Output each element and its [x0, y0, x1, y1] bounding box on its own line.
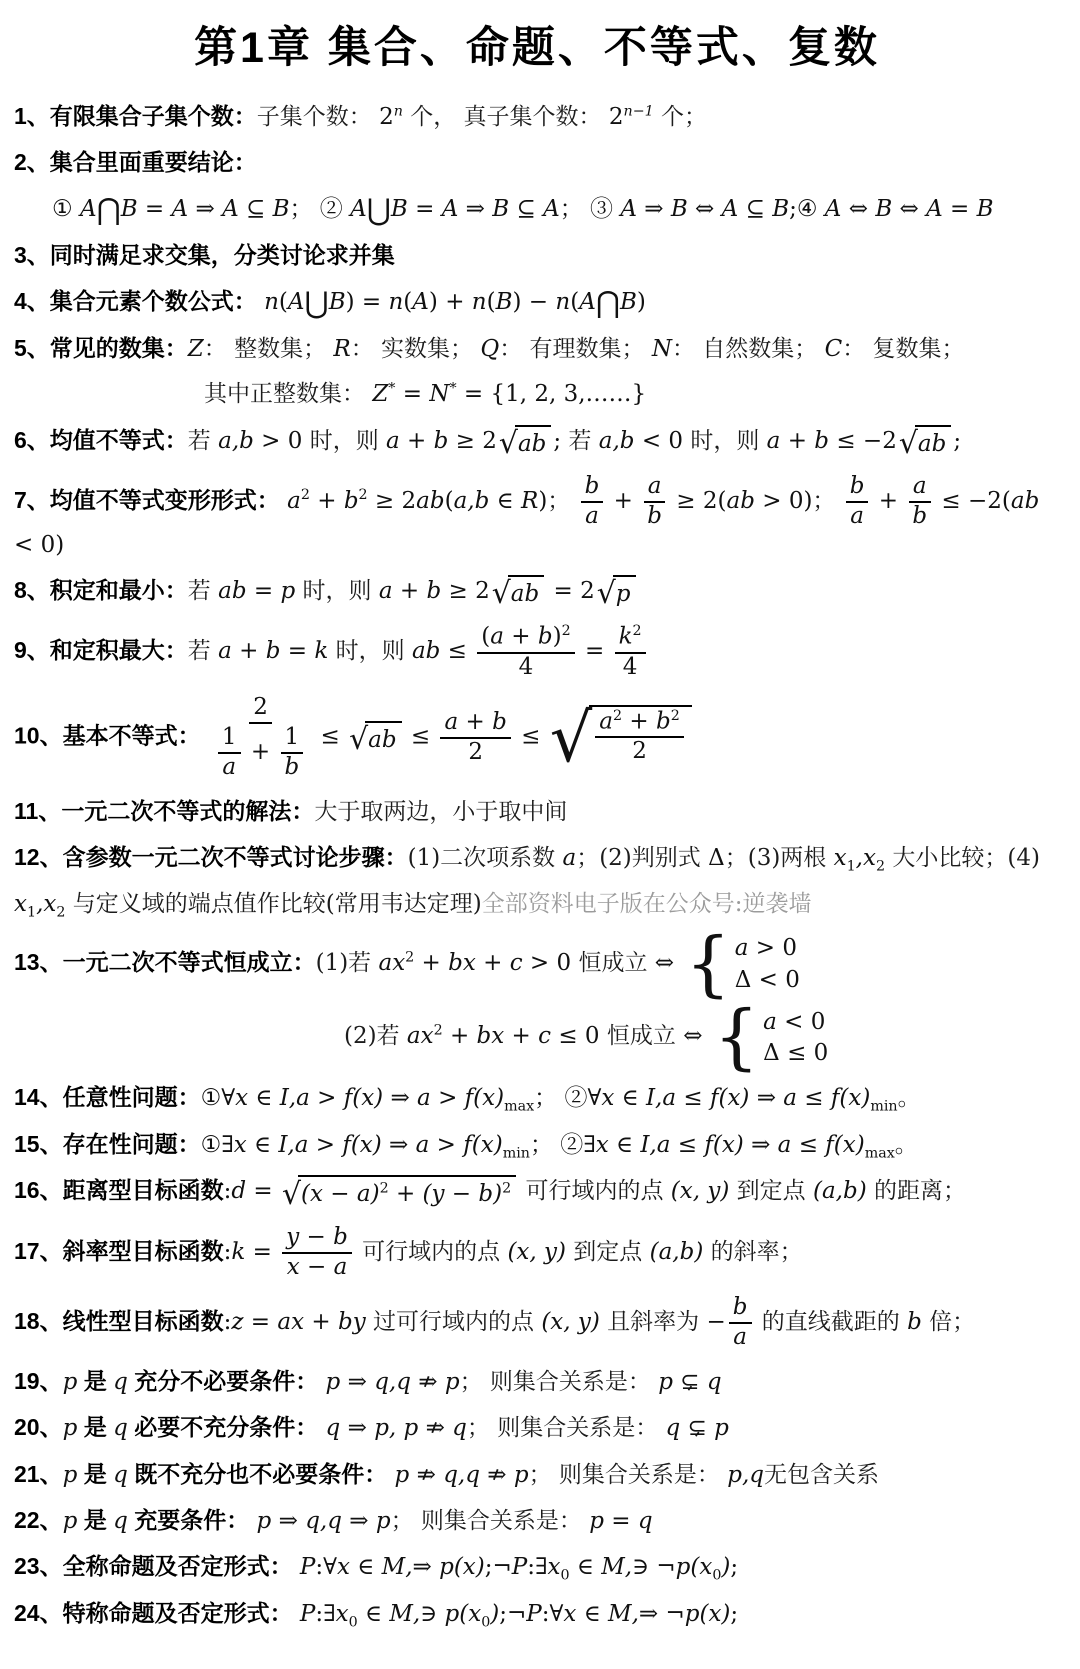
math-run: ) − [513, 289, 556, 315]
math-script: 2 [502, 1181, 511, 1197]
math-run: k [619, 624, 633, 650]
cases-row: Δ ≤ 0 [763, 1041, 828, 1065]
math-run: ) [490, 1601, 499, 1627]
math-run: a [218, 638, 232, 664]
math-script: 2 [876, 859, 885, 875]
math-run: ① [201, 1132, 222, 1158]
item-label: 必要不充分条件： [128, 1414, 318, 1440]
fraction-denominator: 4 [619, 654, 642, 681]
math-run: a [562, 845, 576, 871]
math-run: < 0) [14, 532, 64, 558]
formula-line-item-3: 3、同时满足求交集，分类讨论求并集 [14, 240, 1060, 271]
math-script: min [503, 1145, 530, 1161]
formula-line-item-4: 4、集合元素个数公式： n(A⋃B) = n(A) + n(B) − n(A⋂B… [14, 286, 1060, 318]
math-run: + [871, 488, 905, 514]
math-run: 1 [222, 724, 237, 750]
math-run: B [977, 196, 994, 222]
text-run: 若 [561, 428, 599, 454]
text-run: ； [812, 488, 842, 514]
fraction-numerator: 1 [281, 725, 304, 754]
math-run: ; [553, 428, 561, 454]
item-label: 13、一元二次不等式恒成立： [14, 949, 316, 975]
math-run: ;¬ [499, 1601, 526, 1627]
math-run: p(x [676, 1554, 713, 1580]
math-run: a [222, 754, 236, 780]
math-run: b [585, 473, 600, 499]
fraction-denominator: a [218, 754, 240, 781]
math-run: > 0 [748, 935, 797, 961]
text-run: ； 则集合关系是： [529, 1462, 728, 1488]
math-run: + [310, 488, 344, 514]
fraction-denominator: a [581, 503, 603, 530]
page-title: 第1章 集合、命题、不等式、复数 [14, 14, 1060, 75]
math-run: > 0 [254, 428, 310, 454]
fraction-denominator: 2 [628, 738, 651, 765]
math-run: ⇒ [340, 1415, 374, 1441]
math-run: = [245, 1239, 279, 1265]
text-run: 若 [188, 638, 218, 664]
math-run: a [763, 1009, 777, 1035]
math-run: B [329, 289, 346, 315]
text-run: 时，则 [310, 428, 386, 454]
math-run: ； ② [530, 1132, 583, 1158]
math-run: ⇏ [409, 1462, 443, 1488]
math-run: ( [570, 289, 579, 315]
formula-line-item-6: 6、均值不等式：若 a,b > 0 时，则 a + b ≥ 2√ab; 若 a,… [14, 425, 1060, 459]
item-label: 3、同时满足求交集，分类讨论求并集 [14, 242, 395, 268]
math-run: ⇒ [458, 196, 492, 222]
math-run: < 0 [777, 1009, 826, 1035]
text-run: 的直线截距的 [755, 1309, 908, 1335]
math-run: a [444, 709, 458, 735]
formula-line-item-15: 15、存在性问题：①∃x ∈ I,a > f(x) ⇒ a > f(x)min；… [14, 1129, 1060, 1161]
math-run: (x, y) [671, 1179, 730, 1205]
formula-line-item-23: 23、全称命题及否定形式： P:∀x ∈ M,⇒ p(x);¬P:∃x0 ∈ M… [14, 1551, 1060, 1583]
math-run: p [376, 1508, 391, 1534]
math-run: 4 [519, 654, 534, 680]
math-run: = [604, 1508, 638, 1534]
radicand: ab [515, 425, 551, 459]
item-label: 6、均值不等式： [14, 427, 188, 453]
math-run: = [578, 638, 612, 664]
math-run: p(x) [439, 1554, 485, 1580]
math-run: ⇒ [271, 1508, 305, 1534]
math-run: q,q [374, 1369, 411, 1395]
math-run: A [579, 289, 596, 315]
big-operator: ⋃ [367, 192, 391, 226]
fraction-numerator: b [729, 1295, 752, 1324]
math-run: q [318, 1415, 340, 1441]
math-run: B [492, 196, 509, 222]
item-label: 14、任意性问题： [14, 1084, 201, 1110]
item-label: 11、一元二次不等式的解法： [14, 798, 314, 824]
math-run: ⇏ [418, 1415, 452, 1441]
radical-sign-icon: √ [550, 705, 593, 772]
item-label: 19、 [14, 1368, 63, 1394]
math-run: ab [726, 488, 754, 514]
text-run: 。 [895, 1132, 918, 1158]
math-run: q [113, 1508, 128, 1534]
item-label: 2、集合里面重要结论： [14, 149, 257, 175]
math-run: ≤ −2( [934, 488, 1011, 514]
item-label: 9、和定积最大： [14, 637, 188, 663]
math-run: = [280, 638, 314, 664]
math-run: A [222, 196, 239, 222]
math-run: x [14, 891, 27, 917]
formula-line-item-24: 24、特称命题及否定形式： P:∃x0 ∈ M,∋ p(x0);¬P:∀x ∈ … [14, 1598, 1060, 1630]
math-run: = [138, 196, 172, 222]
math-script: n−1 [624, 103, 654, 119]
math-run: ax [407, 1023, 434, 1049]
math-run: q [707, 1369, 722, 1395]
math-run: Z [188, 336, 204, 362]
math-run: ⇔ [841, 196, 875, 222]
math-run: = [247, 578, 281, 604]
math-run: p [714, 1415, 729, 1441]
formula-line-item-14: 14、任意性问题：①∀x ∈ I,a > f(x) ⇒ a > f(x)max；… [14, 1082, 1060, 1114]
document-page: 第1章 集合、命题、不等式、复数 1、有限集合子集个数：子集个数： 2n 个， … [0, 0, 1080, 1669]
math-run: B [391, 196, 408, 222]
math-run: ab [416, 488, 444, 514]
math-run: R [521, 488, 538, 514]
math-script: 2 [380, 1181, 389, 1197]
radicand: ab [365, 721, 401, 755]
text-run: (1)若 [316, 950, 379, 976]
math-run: x [834, 845, 847, 871]
math-run: ≤ −2 [829, 428, 897, 454]
fraction-numerator: b [581, 474, 604, 503]
math-run: > 0) [755, 488, 813, 514]
math-script: * [449, 381, 456, 397]
math-run: n [388, 289, 403, 315]
math-run: ab [1011, 488, 1039, 514]
math-run: + bx + c [414, 950, 522, 976]
math-run: ⊊ [673, 1369, 707, 1395]
item-label: 20、 [14, 1414, 63, 1440]
fraction: a + b2 [440, 710, 510, 766]
math-run: ⇒ [637, 196, 671, 222]
math-run: ⇒ [413, 1554, 440, 1580]
formula-line-item-2: 2、集合里面重要结论： [14, 147, 1060, 178]
math-run: ; [953, 428, 961, 454]
math-run: by [338, 1309, 366, 1335]
radical: √ab [349, 721, 401, 755]
math-script: 2 [633, 623, 642, 639]
math-run: b [850, 473, 865, 499]
fraction-denominator: 4 [515, 654, 538, 681]
math-run: ≤ [313, 724, 347, 750]
math-run: ( [481, 624, 490, 650]
math-run: Δ ≤ 0 [763, 1040, 828, 1066]
fraction-numerator: a + b [440, 710, 510, 739]
math-run: ab [368, 727, 396, 753]
math-run: k [314, 638, 328, 664]
math-run: ； ② [290, 196, 351, 222]
math-run: ( [279, 289, 288, 315]
cases-group: {a < 0Δ ≤ 0 [714, 1008, 829, 1066]
text-run: 其中正整数集： [204, 381, 372, 407]
math-run: 2 [253, 694, 268, 720]
text-run: 时，则 [295, 578, 379, 604]
math-run: a [490, 624, 504, 650]
fraction-numerator: k2 [615, 624, 646, 653]
math-script: 2 [405, 949, 414, 965]
math-run: ⇒ [342, 1508, 376, 1534]
math-run: 2 [379, 104, 394, 130]
text-run: 的距离； [867, 1179, 966, 1205]
math-run: a [386, 428, 400, 454]
fraction: y − bx − a [282, 1225, 352, 1281]
item-label: 5、常见的数集： [14, 335, 188, 361]
math-run: ∃x [323, 1601, 348, 1627]
math-run: B [273, 196, 290, 222]
math-run: ； ③ [560, 196, 621, 222]
item-label: 是 [77, 1461, 113, 1487]
math-run: q [638, 1508, 653, 1534]
math-run: + [606, 488, 640, 514]
math-run: a [913, 473, 927, 499]
fraction: 21a + 1b [211, 695, 310, 780]
item-label: 1、有限集合子集个数： [14, 103, 257, 129]
text-run: 时，则 [328, 638, 412, 664]
math-run: ① [201, 1085, 222, 1111]
math-run: ab [918, 431, 946, 457]
math-run: p(x [445, 1601, 482, 1627]
math-run: ≥ 2 [368, 488, 417, 514]
math-run: b [907, 1309, 922, 1335]
math-run: = [395, 381, 429, 407]
math-run: p(x) [685, 1601, 731, 1627]
math-run: ∃x ∈ I,a > f(x) ⇒ a > f(x) [221, 1132, 502, 1158]
math-run: B [671, 196, 688, 222]
math-run: q,q [443, 1462, 480, 1488]
item-label: 是 [77, 1414, 113, 1440]
radicand: ab [508, 575, 544, 609]
text-run: 可行域内的点 [518, 1179, 671, 1205]
math-run: ab [511, 581, 539, 607]
math-run: ∃x [535, 1554, 560, 1580]
math-run: 2 [609, 104, 624, 130]
math-run: ≤ [404, 724, 438, 750]
math-run: P [293, 1601, 316, 1627]
fraction-denominator: a [729, 1324, 751, 1351]
fraction-denominator: b [280, 754, 303, 781]
math-run: C [825, 336, 843, 362]
math-run: = [246, 1179, 280, 1205]
math-run: : [542, 1601, 550, 1627]
math-run: A [412, 289, 429, 315]
fraction-denominator: b [643, 503, 666, 530]
item-label: 充分不必要条件： [128, 1368, 318, 1394]
fraction: 1b [280, 725, 303, 781]
math-run: B [620, 289, 637, 315]
math-run: n [555, 289, 570, 315]
math-run: A [543, 196, 560, 222]
math-run: 1 [285, 724, 300, 750]
math-run: d [231, 1179, 246, 1205]
math-run: ≤ 0 [551, 1023, 607, 1049]
math-run: ,x [36, 891, 56, 917]
text-run: 恒成立 [607, 1023, 683, 1049]
math-script: 2 [359, 487, 368, 503]
fraction-numerator: 1 [218, 725, 241, 754]
math-run: a [648, 473, 662, 499]
fraction-denominator: 1a + 1b [211, 724, 310, 781]
fraction-denominator: a [846, 503, 868, 530]
cases-rows: a < 0Δ ≤ 0 [763, 1010, 828, 1065]
item-label: 22、 [14, 1507, 63, 1533]
fraction: ba [846, 474, 869, 530]
math-run: > 0 [523, 950, 579, 976]
math-run: A [80, 196, 97, 222]
math-run: ① [52, 196, 80, 222]
text-run: 若 [188, 428, 218, 454]
math-run: ab [412, 638, 440, 664]
math-run: b [426, 578, 441, 604]
cases-row: Δ < 0 [735, 968, 800, 992]
item-label: 21、 [14, 1461, 63, 1487]
math-run: ;④ [789, 196, 825, 222]
formula-list: 1、有限集合子集个数：子集个数： 2n 个， 真子集个数： 2n−1 个；2、集… [14, 101, 1060, 1630]
item-label: 18、线性型目标函数 [14, 1308, 224, 1334]
cases-rows: a > 0Δ < 0 [735, 936, 800, 991]
math-run: = 2 [546, 578, 595, 604]
math-run: ) [637, 289, 646, 315]
math-run: ⇏ [411, 1369, 445, 1395]
math-run: ,x [856, 845, 876, 871]
fraction-denominator: x − a [283, 1254, 352, 1281]
math-run: ⇏ [480, 1462, 514, 1488]
text-run: 无包含关系 [764, 1462, 879, 1488]
fraction: ab [908, 474, 931, 530]
math-run: = [243, 1309, 277, 1335]
math-run: ⇔ [688, 196, 722, 222]
math-run: + [780, 428, 814, 454]
item-label: 7、均值不等式变形形式： [14, 487, 280, 513]
radical: √a2 + b22 [550, 705, 692, 772]
math-run: q,q [305, 1508, 342, 1534]
math-run: B [121, 196, 138, 222]
math-run: = {1, 2, 3,……} [457, 381, 647, 407]
text-run: 若 [188, 578, 218, 604]
math-script: 2 [671, 708, 680, 724]
item-label: 充要条件： [128, 1507, 249, 1533]
math-run: : [315, 1554, 323, 1580]
math-run: ∀x ∈ I,a > f(x) ⇒ a > f(x) [221, 1085, 504, 1111]
math-run: Δ < 0 [735, 967, 800, 993]
text-run: 大小比较；(4) [885, 845, 1040, 871]
math-run: ( [403, 289, 412, 315]
text-run: ； 则集合关系是： [460, 1369, 659, 1395]
math-run: ab [518, 431, 546, 457]
fraction: ab [643, 474, 666, 530]
text-run: 可行域内的点 [355, 1239, 508, 1265]
math-run: < 0 [635, 428, 691, 454]
text-run: 。 [898, 1085, 921, 1111]
math-run: ∀x ∈ I,a ≤ f(x) ⇒ a ≤ f(x) [587, 1085, 870, 1111]
math-script: 0 [349, 1615, 358, 1631]
math-run: q [113, 1462, 128, 1488]
formula-line-item-8: 8、积定和最小：若 ab = p 时，则 a + b ≥ 2√ab = 2√p [14, 575, 1060, 609]
item-label: 是 [77, 1368, 113, 1394]
math-run: p [280, 578, 295, 604]
text-run: (2)若 [344, 1023, 407, 1049]
math-run: ax [378, 950, 405, 976]
math-run: ≤ [514, 724, 548, 750]
math-run: ∋ [420, 1601, 444, 1627]
radical: √ab [499, 425, 551, 459]
math-script: 2 [613, 708, 622, 724]
math-run: z [231, 1309, 243, 1335]
math-run: b [733, 1294, 748, 1320]
text-run: 与定义域的端点值作比较(常用韦达定理) [65, 891, 481, 917]
math-run: p [249, 1508, 271, 1534]
math-run: + [400, 428, 434, 454]
math-run: b [492, 709, 507, 735]
math-run: a [850, 503, 864, 529]
math-run: : [315, 1601, 323, 1627]
math-run: ;¬ [485, 1554, 512, 1580]
math-run: ) = [346, 289, 389, 315]
math-run: q [666, 1415, 681, 1441]
math-run: ≤ [440, 638, 474, 664]
text-run: ； 则集合关系是： [391, 1508, 590, 1534]
text-run: 到定点 [729, 1179, 813, 1205]
math-run: p [616, 581, 631, 607]
math-run: ax [277, 1309, 304, 1335]
item-label: 4、集合元素个数公式： [14, 288, 257, 314]
math-run: A [172, 196, 189, 222]
math-run: + [244, 739, 278, 765]
item-label: 12、含参数一元二次不等式讨论步骤： [14, 844, 408, 870]
math-run: a [280, 488, 301, 514]
text-run: ； 则集合关系是： [467, 1415, 666, 1441]
fraction-numerator: y − b [282, 1225, 352, 1254]
math-script: max [504, 1098, 534, 1114]
math-script: min [870, 1098, 897, 1114]
fraction-denominator: 2 [464, 739, 487, 766]
math-run: + (y − b) [389, 1181, 502, 1207]
fraction-numerator: 2 [249, 695, 272, 724]
math-run: ； ② [534, 1085, 587, 1111]
math-run: b [647, 503, 662, 529]
math-script: 1 [847, 859, 856, 875]
item-label: 17、斜率型目标函数 [14, 1238, 224, 1264]
text-run: ： 有理数集； [499, 336, 652, 362]
formula-line-item-7: 7、均值不等式变形形式： a2 + b2 ≥ 2ab(a,b ∈ R)； ba … [14, 474, 1060, 560]
math-run: a [767, 428, 781, 454]
math-run [201, 724, 208, 750]
fraction: k24 [615, 624, 646, 680]
item-label: 15、存在性问题： [14, 1131, 201, 1157]
math-run: ab [218, 578, 246, 604]
formula-line-item-10: 10、基本不等式： 21a + 1b ≤ √ab ≤ a + b2 ≤ √a2 … [14, 695, 1060, 780]
cases-row: a > 0 [735, 936, 800, 960]
math-run: p [63, 1369, 78, 1395]
math-run: b [434, 428, 449, 454]
math-run: = [408, 196, 442, 222]
math-run: ⊆ [738, 196, 772, 222]
math-run: a [379, 578, 393, 604]
math-run: + [504, 624, 538, 650]
math-run: Z [372, 381, 388, 407]
math-run: − [706, 1309, 725, 1335]
math-run: q [452, 1415, 467, 1441]
math-run: p [63, 1462, 78, 1488]
math-run: ⊆ [509, 196, 543, 222]
math-run: a,b [218, 428, 254, 454]
math-script: n [394, 103, 403, 119]
